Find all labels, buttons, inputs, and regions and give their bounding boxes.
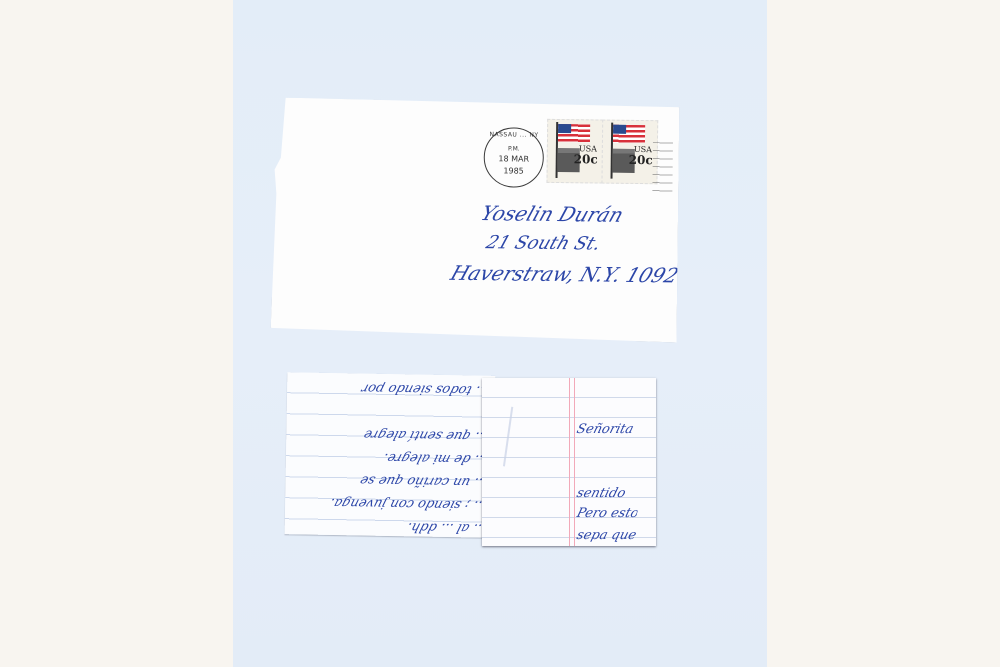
postmark: NASSAU ... NY P.M. 18 MAR 1985 (483, 127, 544, 188)
letter-line (290, 394, 493, 420)
postmark-year: 1985 (485, 166, 543, 176)
letter-line: ... un cariño que se (288, 463, 491, 489)
envelope: NASSAU ... NY P.M. 18 MAR 1985 USA 20c U… (271, 98, 680, 343)
postmark-time: P.M. (485, 145, 543, 153)
stamp-denomination: 20c (574, 152, 598, 166)
letter-line: ... que sentí alegre (289, 417, 492, 443)
flag-icon (613, 125, 645, 143)
letter-line: sentido (575, 486, 639, 501)
cancellation-lines (652, 142, 673, 192)
letter-salutation: Señorita (575, 422, 639, 437)
upside-down-handwriting: ... al ... ddh. ... ; siendo con juvenga… (291, 372, 490, 536)
flag-icon (558, 124, 590, 142)
letter-line: Pero estoy (575, 506, 639, 521)
stamp: USA 20c (546, 119, 603, 184)
letter-line: ... ; siendo con juvenga. (288, 486, 491, 512)
letter-line: ... al ... ddh. (288, 509, 491, 535)
stamp: USA 20c (601, 120, 658, 185)
letter-line: sepa que (575, 528, 639, 543)
letter-line: ... todos siendo por (290, 372, 493, 397)
letter-panel-right: Señorita sentido Pero estoy sepa que (482, 378, 656, 546)
city-line: Haverstraw, N.Y. 10927 (447, 258, 696, 291)
address-block: Yoselin Durán 21 South St. Haverstraw, N… (447, 198, 716, 291)
postmark-date: 18 MAR (485, 154, 543, 164)
ink-bleed (503, 407, 533, 469)
street-address: 21 South St. (482, 228, 706, 260)
letter-panel-left: ... al ... ddh. ... ; siendo con juvenga… (285, 372, 496, 538)
postmark-ring-text: NASSAU ... NY (485, 131, 543, 139)
stamp-denomination: 20c (629, 153, 653, 167)
letter-line: ... de mi alegre. (289, 440, 492, 466)
